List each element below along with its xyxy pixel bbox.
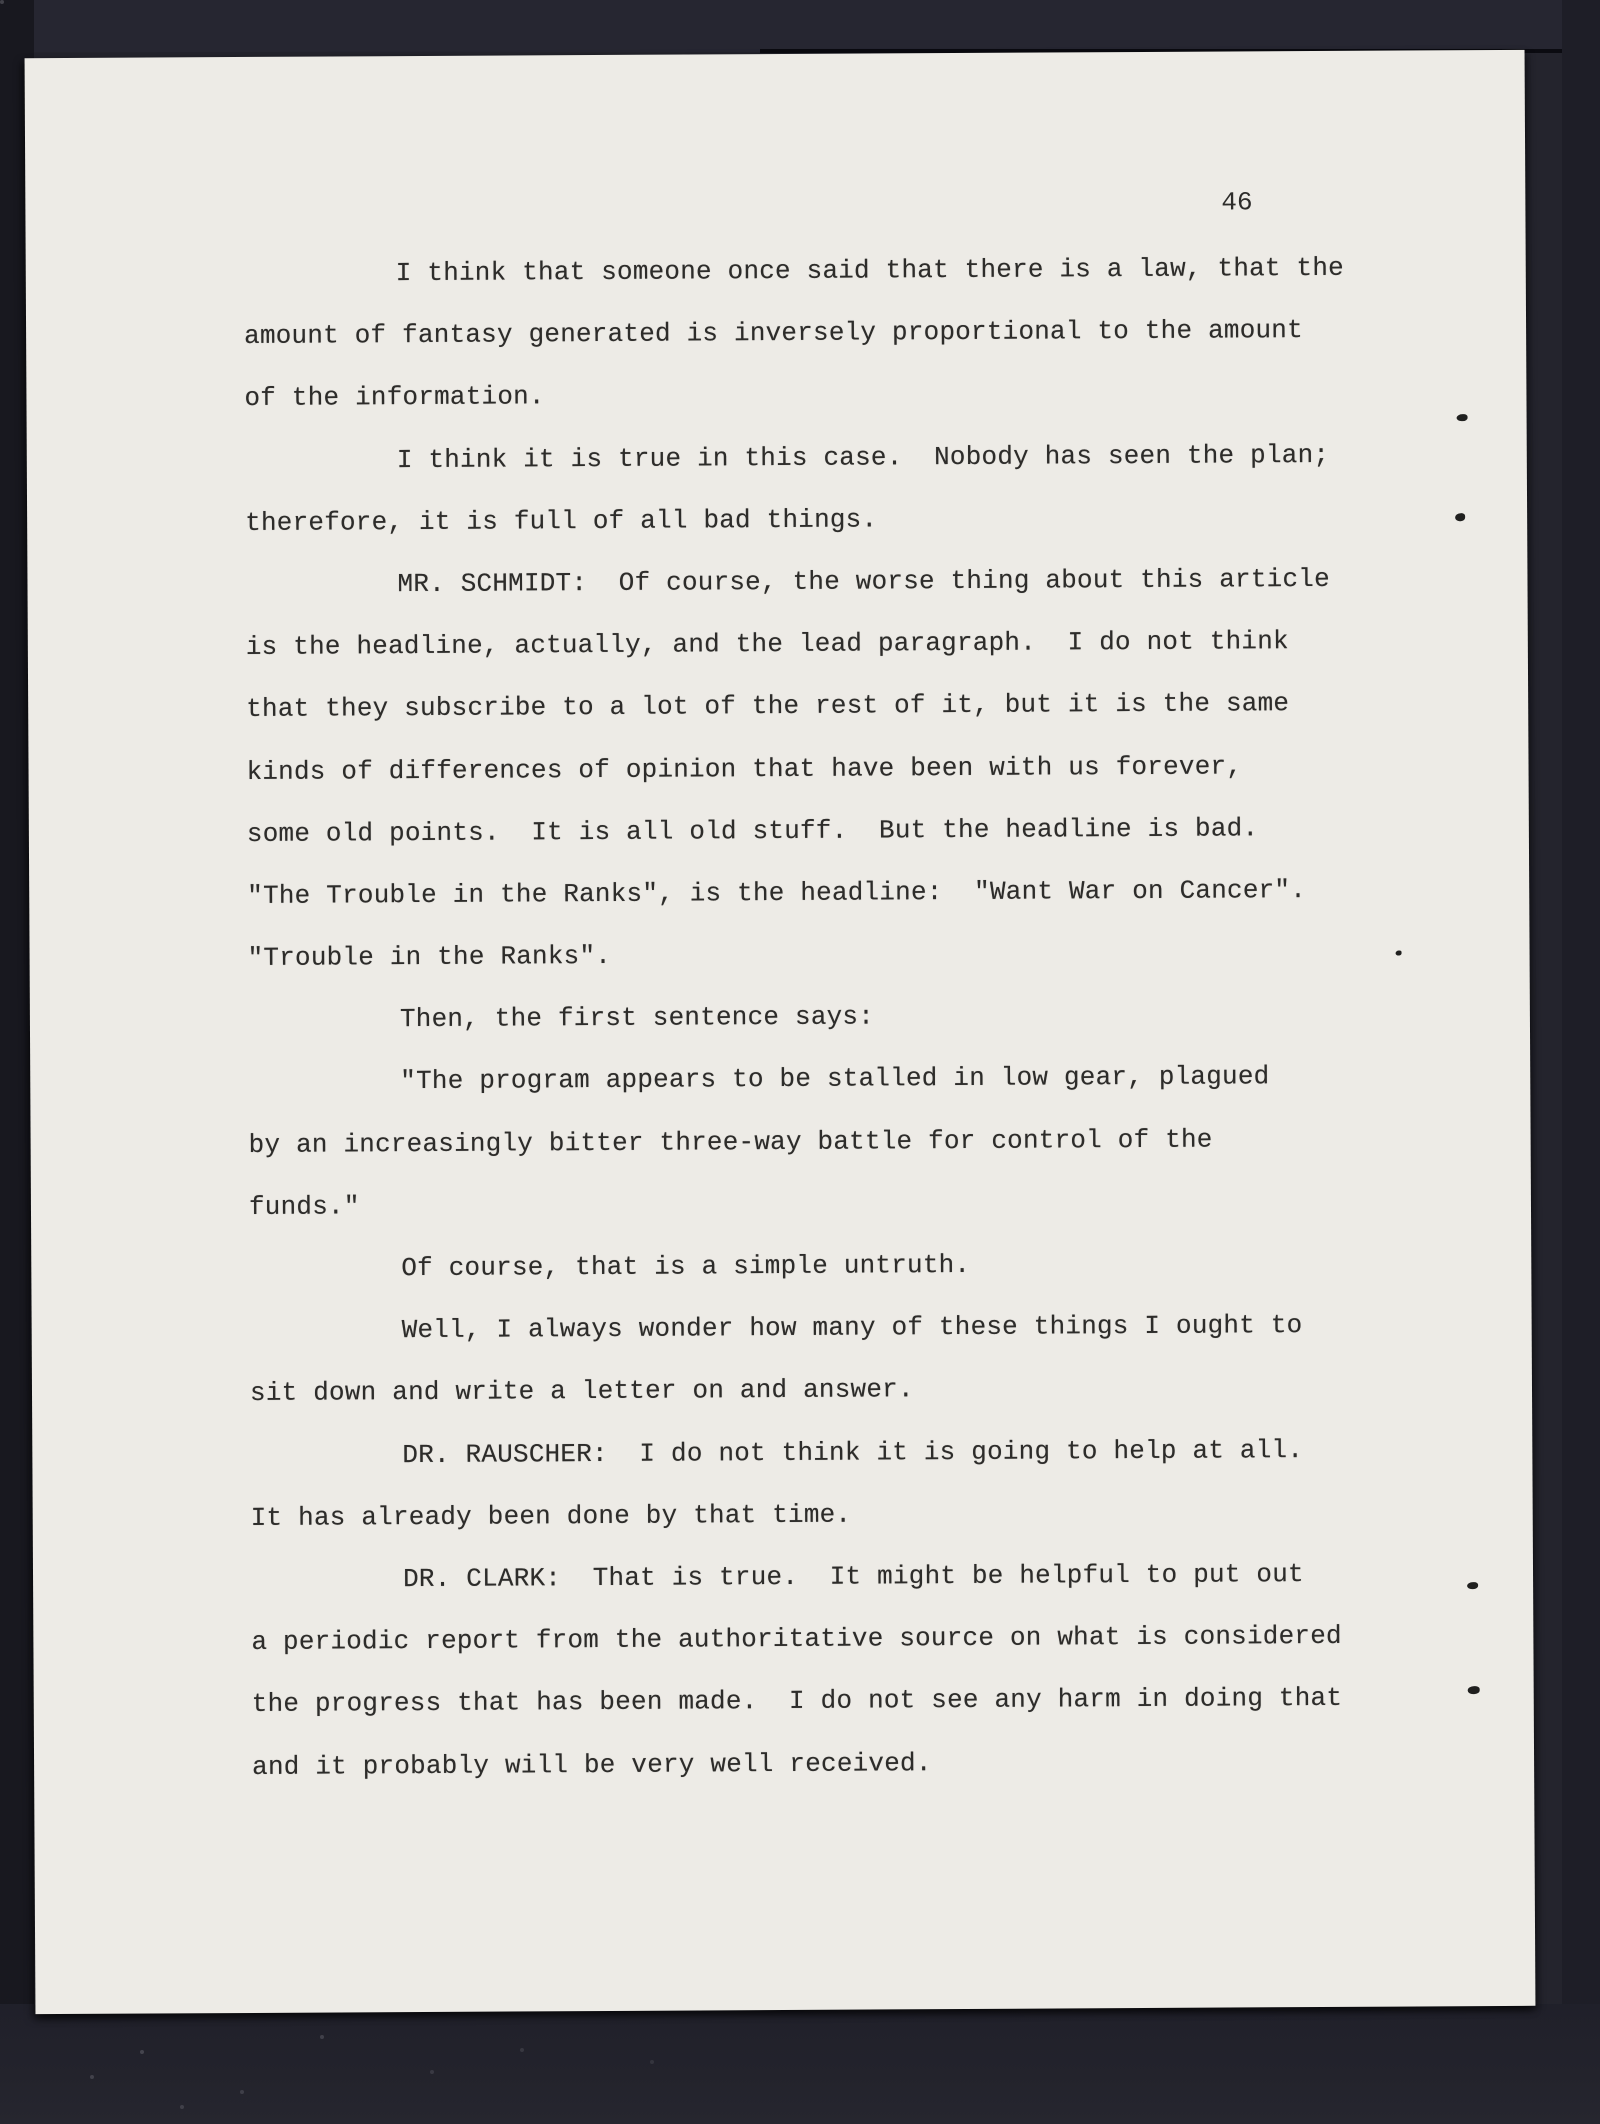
text-line: that they subscribe to a lot of the rest… xyxy=(246,672,1426,741)
ink-speck xyxy=(1467,1582,1478,1589)
text-line: Of course, that is a simple untruth. xyxy=(249,1231,1429,1300)
text-line: It has already been done by that time. xyxy=(251,1480,1431,1549)
text-line: "The Trouble in the Ranks", is the headl… xyxy=(247,858,1427,927)
text-line: DR. RAUSCHER: I do not think it is going… xyxy=(250,1418,1430,1487)
text-line: MR. SCHMIDT: Of course, the worse thing … xyxy=(245,547,1425,616)
text-line: therefore, it is full of all bad things. xyxy=(245,485,1425,554)
ink-speck xyxy=(1455,513,1465,521)
text-line: DR. CLARK: That is true. It might be hel… xyxy=(251,1542,1431,1611)
text-line: by an increasingly bitter three-way batt… xyxy=(248,1107,1428,1176)
text-line: funds." xyxy=(249,1169,1429,1238)
transcript-text-block: I think that someone once said that ther… xyxy=(244,236,1433,1797)
scanner-background-right xyxy=(1562,0,1600,2124)
text-line: is the headline, actually, and the lead … xyxy=(246,610,1426,679)
text-line: Then, the first sentence says: xyxy=(248,983,1428,1052)
scanner-background-bottom xyxy=(0,2004,1600,2124)
ink-speck xyxy=(1396,951,1402,956)
text-line: I think it is true in this case. Nobody … xyxy=(245,423,1425,492)
text-line: kinds of differences of opinion that hav… xyxy=(246,734,1426,803)
text-line: "Trouble in the Ranks". xyxy=(247,920,1427,989)
text-line: Well, I always wonder how many of these … xyxy=(249,1294,1429,1363)
text-line: a periodic report from the authoritative… xyxy=(251,1604,1431,1673)
dust-speckles xyxy=(0,0,4,4)
scanned-document-view: 46 I think that someone once said that t… xyxy=(0,0,1600,2124)
text-line: the progress that has been made. I do no… xyxy=(252,1667,1432,1736)
text-line: I think that someone once said that ther… xyxy=(244,236,1424,305)
scanner-background-top xyxy=(0,0,1600,52)
document-page: 46 I think that someone once said that t… xyxy=(25,50,1536,2014)
text-line: some old points. It is all old stuff. Bu… xyxy=(247,796,1427,865)
text-line: "The program appears to be stalled in lo… xyxy=(248,1045,1428,1114)
text-line: and it probably will be very well receiv… xyxy=(252,1729,1432,1798)
text-line: of the information. xyxy=(244,361,1424,430)
ink-speck xyxy=(1457,414,1468,421)
text-line: sit down and write a letter on and answe… xyxy=(250,1356,1430,1425)
page-number: 46 xyxy=(1221,171,1253,233)
ink-speck xyxy=(1468,1686,1480,1694)
text-line: amount of fantasy generated is inversely… xyxy=(244,299,1424,368)
